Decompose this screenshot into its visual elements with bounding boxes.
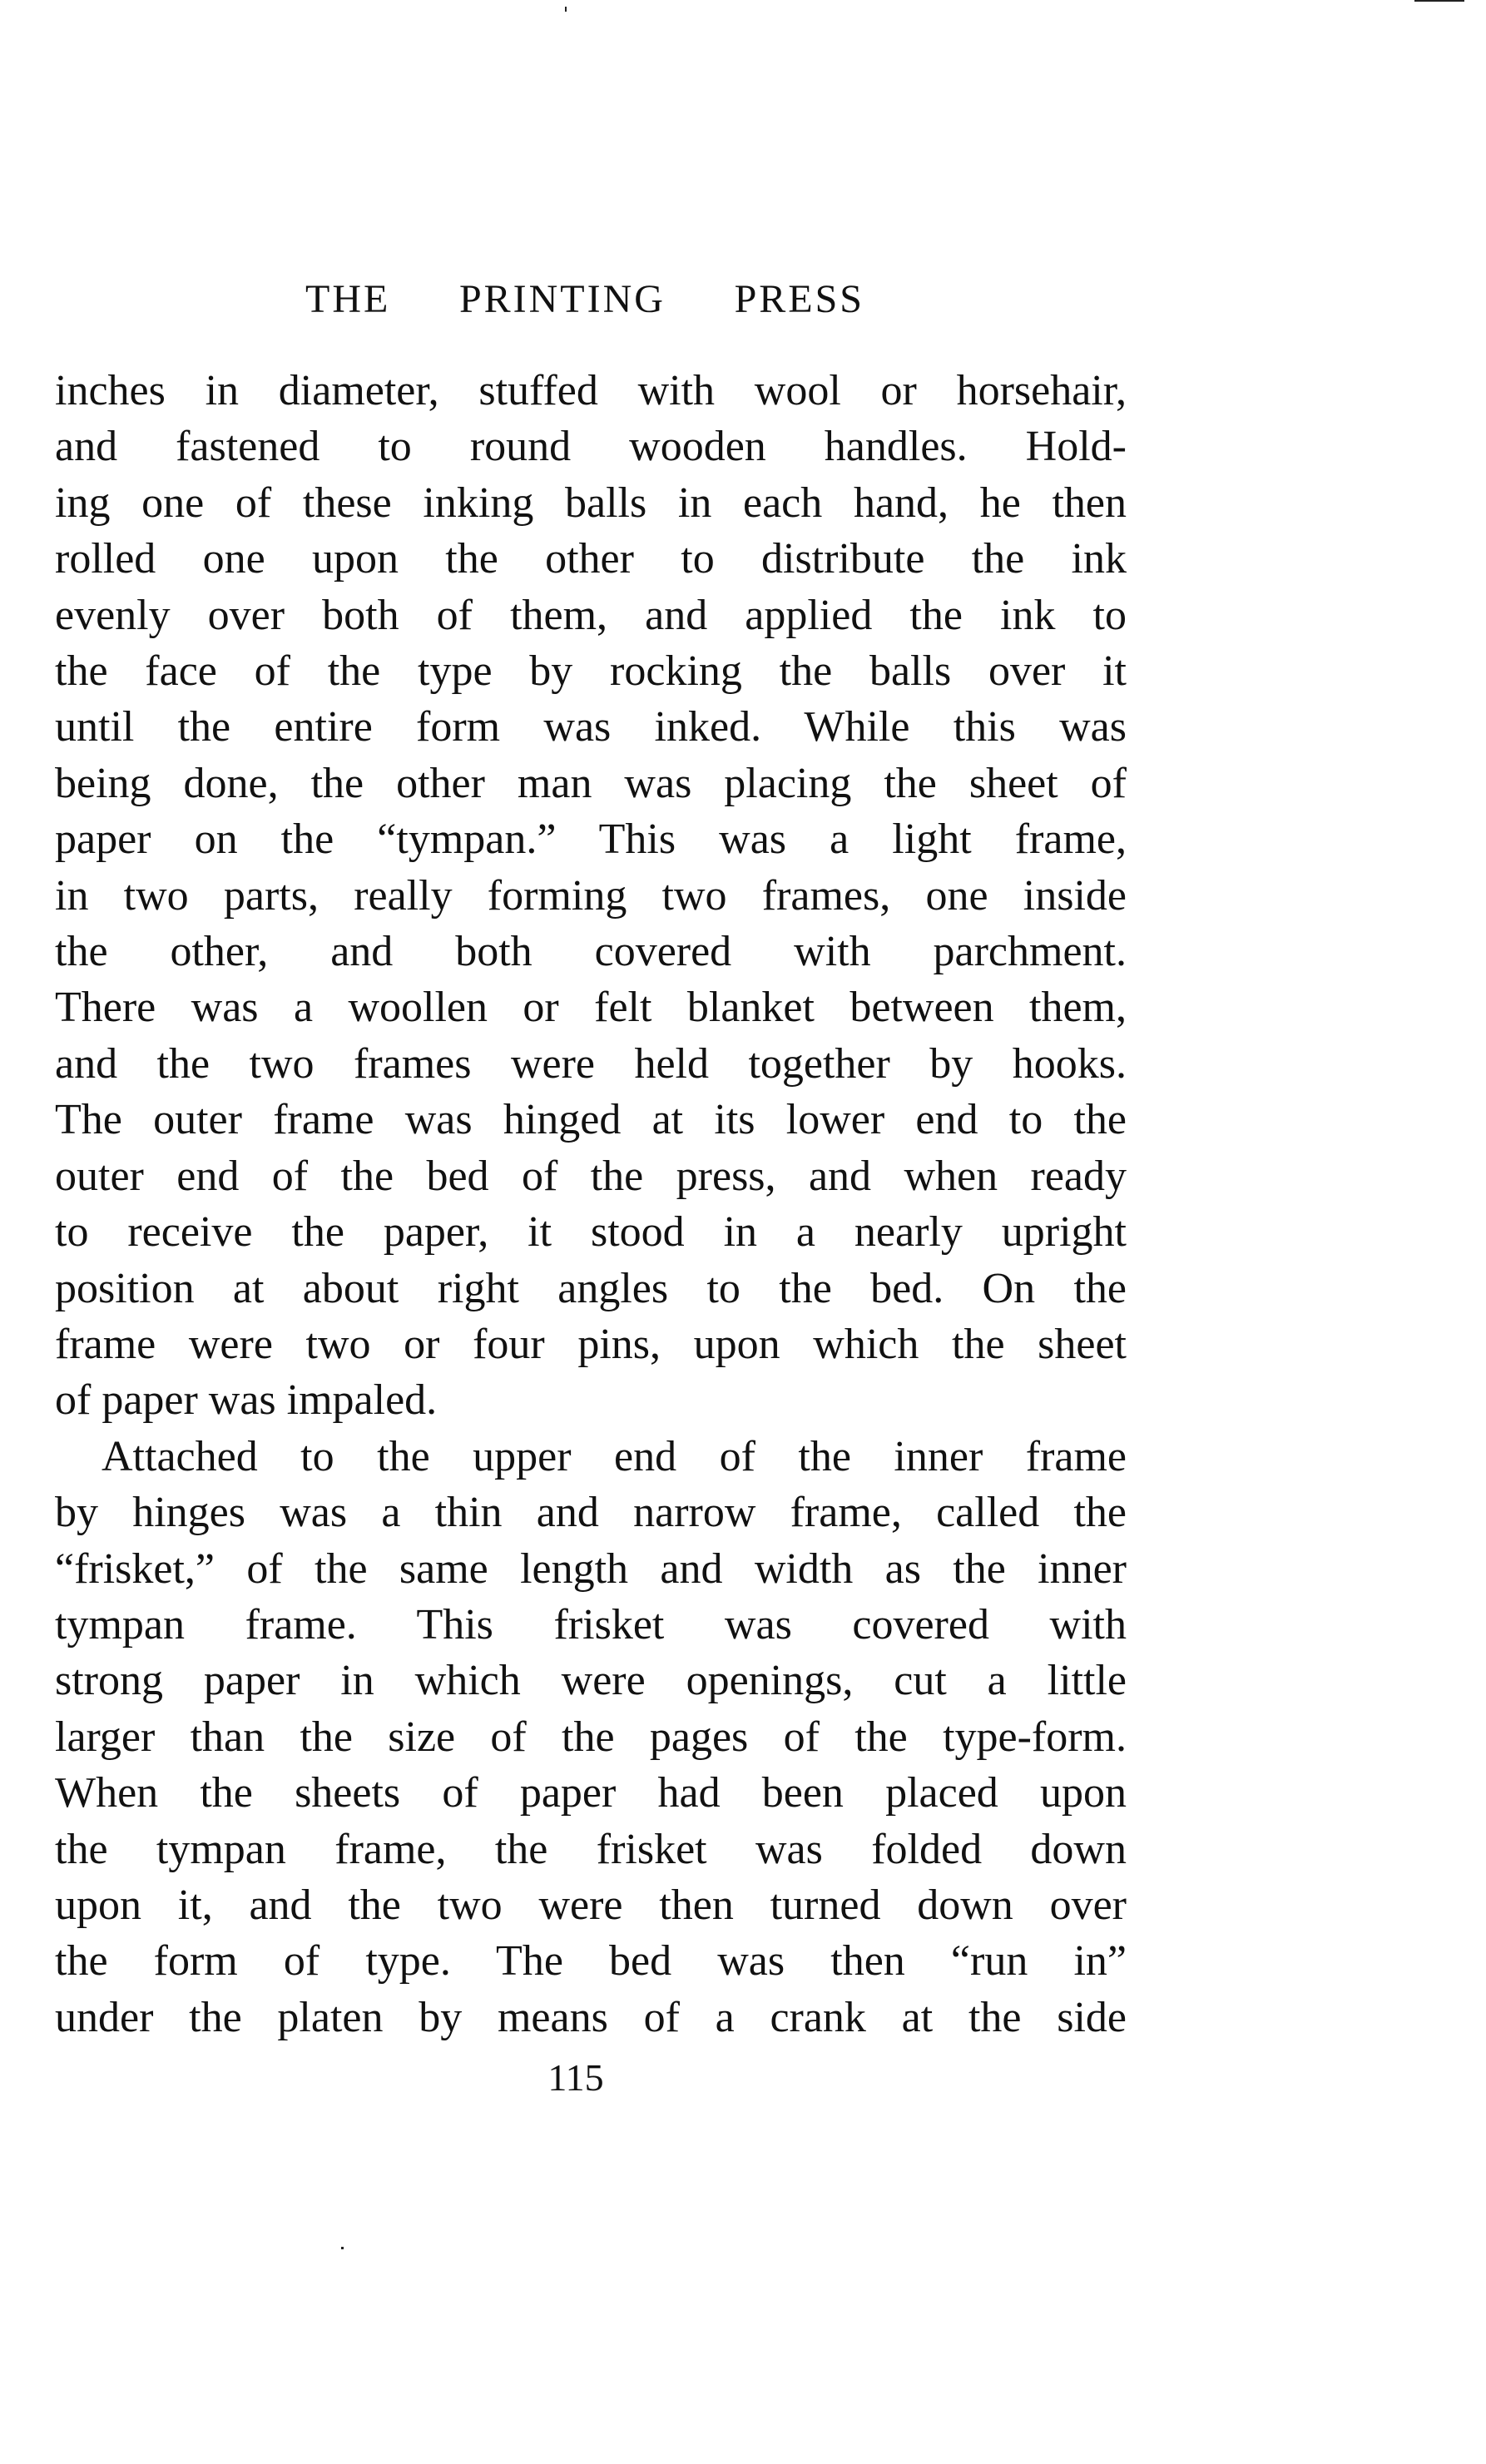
text-line: outer end of the bed of the press, and w… [55,1148,1127,1204]
text-line: the form of type. The bed was then “run … [55,1933,1127,1989]
text-line: being done, the other man was placing th… [55,756,1127,811]
text-line: in two parts, really forming two frames,… [55,868,1127,924]
text-line: The outer frame was hinged at its lower … [55,1092,1127,1148]
text-line: the other, and both covered with parchme… [55,924,1127,979]
text-line: tympan frame. This frisket was covered w… [55,1597,1127,1653]
text-line: inches in diameter, stuffed with wool or… [55,363,1127,419]
text-line: by hinges was a thin and narrow frame, c… [55,1485,1127,1540]
text-line: evenly over both of them, and applied th… [55,587,1127,643]
text-line: upon it, and the two were then turned do… [55,1877,1127,1933]
book-page: THE PRINTING PRESS inches in diameter, s… [0,0,1486,2464]
body-text: inches in diameter, stuffed with wool or… [55,363,1127,2045]
scan-speck [341,2247,344,2249]
text-line: the face of the type by rocking the ball… [55,643,1127,699]
text-line: There was a woollen or felt blanket betw… [55,979,1127,1035]
page-number: 115 [532,2057,619,2099]
text-line: rolled one upon the other to distribute … [55,531,1127,587]
text-line: paper on the “tympan.” This was a light … [55,811,1127,867]
text-line: larger than the size of the pages of the… [55,1709,1127,1765]
scan-edge-mark [1414,0,1464,2]
text-line: “frisket,” of the same length and width … [55,1541,1127,1597]
text-line: When the sheets of paper had been placed… [55,1765,1127,1821]
text-line: to receive the paper, it stood in a near… [55,1204,1127,1260]
scan-speck [565,7,567,12]
text-line: frame were two or four pins, upon which … [55,1316,1127,1372]
text-line: and fastened to round wooden handles. Ho… [55,419,1127,474]
text-line: until the entire form was inked. While t… [55,699,1127,755]
text-line: under the platen by means of a crank at … [55,1990,1127,2045]
text-line: strong paper in which were openings, cut… [55,1653,1127,1708]
running-head: THE PRINTING PRESS [305,275,864,325]
text-line: ing one of these inking balls in each ha… [55,475,1127,531]
text-line: position at about right angles to the be… [55,1261,1127,1316]
paragraph-1: inches in diameter, stuffed with wool or… [55,363,1127,1429]
text-line: of paper was impaled. [55,1372,1127,1428]
text-line: Attached to the upper end of the inner f… [55,1429,1127,1485]
paragraph-2: Attached to the upper end of the inner f… [55,1429,1127,2045]
text-line: the tympan frame, the frisket was folded… [55,1822,1127,1877]
text-line: and the two frames were held together by… [55,1036,1127,1092]
